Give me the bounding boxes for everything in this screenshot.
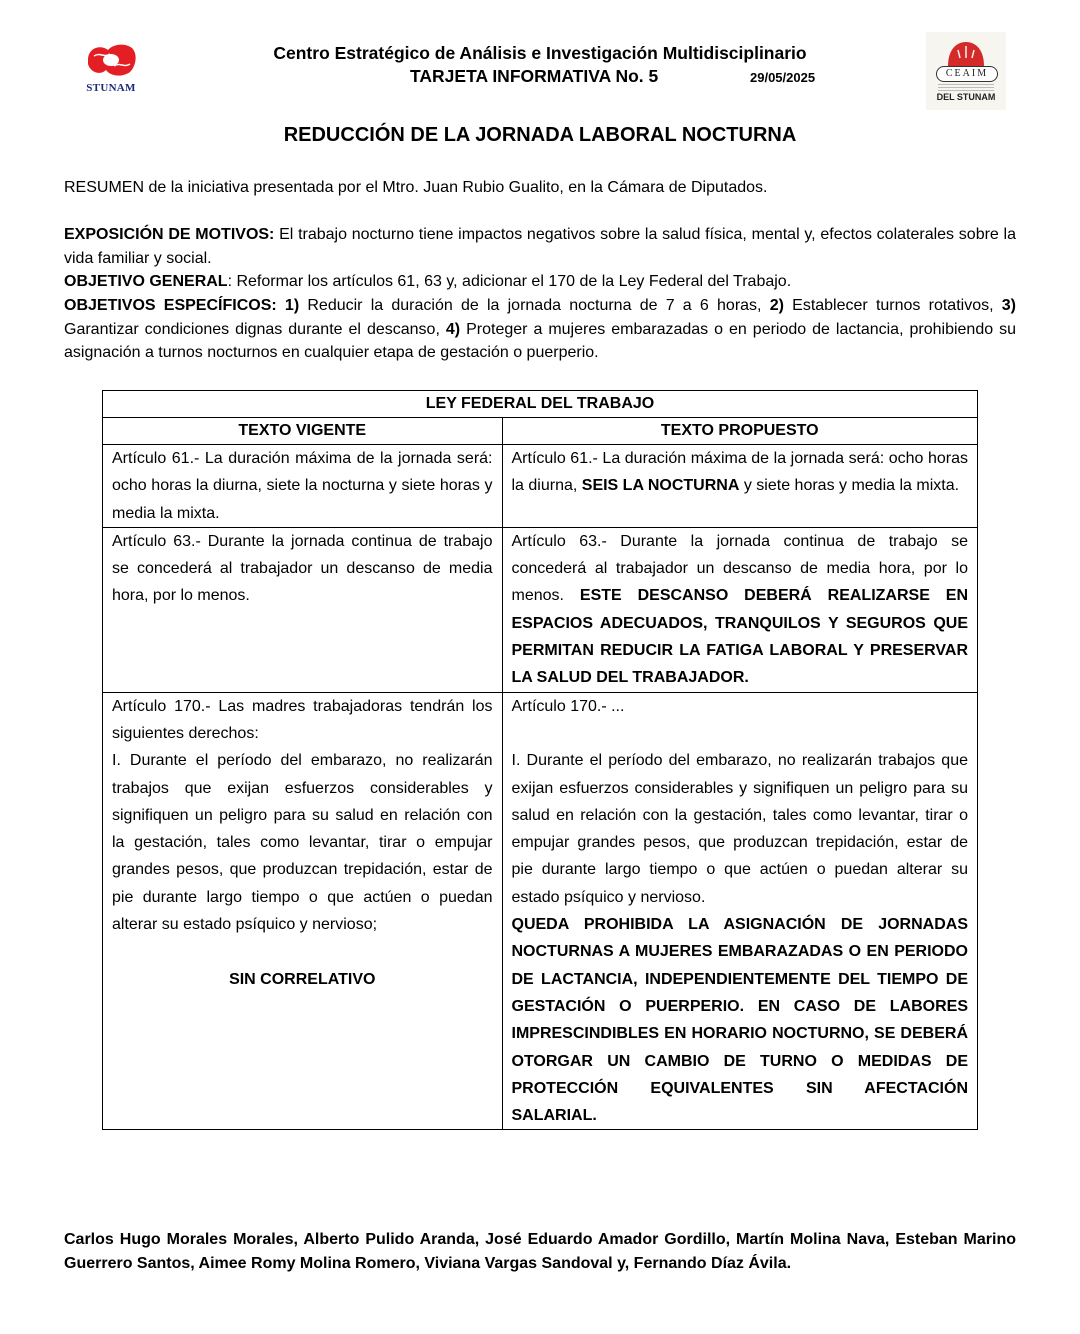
table-row: Artículo 63.- Durante la jornada continu… <box>103 527 978 692</box>
propuesto-intro: Artículo 170.- ... <box>512 698 625 715</box>
vigente-text: I. Durante el período del embarazo, no r… <box>112 752 493 933</box>
summary-paragraph: RESUMEN de la iniciativa presentada por … <box>64 176 1016 200</box>
objective-number: 1) <box>285 297 299 314</box>
vigente-intro: Artículo 170.- Las madres trabajadoras t… <box>112 698 493 742</box>
table-title-row: LEY FEDERAL DEL TRABAJO <box>103 391 978 418</box>
motivos-label: EXPOSICIÓN DE MOTIVOS: <box>64 226 274 243</box>
cell-vigente: Artículo 63.- Durante la jornada continu… <box>103 527 503 692</box>
column-header-propuesto: TEXTO PROPUESTO <box>502 418 978 445</box>
propuesto-reform-bold: SEIS LA NOCTURNA <box>582 477 740 494</box>
table-title: LEY FEDERAL DEL TRABAJO <box>103 391 978 418</box>
organization-name: Centro Estratégico de Análisis e Investi… <box>240 42 840 64</box>
objective-text: Establecer turnos rotativos, <box>784 297 1002 314</box>
objetivo-general-label: OBJETIVO GENERAL <box>64 273 228 290</box>
spacer <box>112 938 493 965</box>
cell-propuesto: Artículo 61.- La duración máxima de la j… <box>502 445 978 528</box>
objetivo-general-text: : Reformar los artículos 61, 63 y, adici… <box>228 273 792 290</box>
table-row: Artículo 61.- La duración máxima de la j… <box>103 445 978 528</box>
objective-number: 2) <box>770 297 784 314</box>
raised-fists-icon <box>946 40 986 66</box>
objective-text: Reducir la duración de la jornada noctur… <box>299 297 770 314</box>
cell-propuesto: Artículo 170.- ... I. Durante el período… <box>502 692 978 1130</box>
spacer <box>512 720 969 747</box>
objetivos-especificos-label: OBJETIVOS ESPECÍFICOS: <box>64 297 277 314</box>
card-label: TARJETA INFORMATIVA No. 5 <box>410 66 658 87</box>
ceaim-logo-subtext: DEL STUNAM <box>926 92 1006 102</box>
stunam-logo-text: STUNAM <box>78 82 144 94</box>
cell-vigente: Artículo 170.- Las madres trabajadoras t… <box>103 692 503 1130</box>
ceaim-logo-fine-print <box>938 83 994 91</box>
stunam-emblem-icon <box>84 42 138 78</box>
column-header-vigente: TEXTO VIGENTE <box>103 418 503 445</box>
cell-propuesto: Artículo 63.- Durante la jornada continu… <box>502 527 978 692</box>
page-title: REDUCCIÓN DE LA JORNADA LABORAL NOCTURNA <box>0 124 1080 147</box>
document-date: 29/05/2025 <box>750 70 815 85</box>
objective-text: Garantizar condiciones dignas durante el… <box>64 321 446 338</box>
objective-number: 4) <box>446 321 460 338</box>
cell-vigente: Artículo 61.- La duración máxima de la j… <box>103 445 503 528</box>
propuesto-text: I. Durante el período del embarazo, no r… <box>512 752 969 905</box>
propuesto-text: y siete horas y media la mixta. <box>739 477 959 494</box>
law-comparison-table: LEY FEDERAL DEL TRABAJO TEXTO VIGENTE TE… <box>102 390 978 1130</box>
stunam-logo: STUNAM <box>78 40 144 98</box>
ceaim-logo-text: CEAIM <box>936 66 998 82</box>
ceaim-logo: CEAIM DEL STUNAM <box>926 32 1006 110</box>
sin-correlativo-note: SIN CORRELATIVO <box>112 966 493 993</box>
propuesto-reform-bold: ESTE DESCANSO DEBERÁ REALIZARSE EN ESPAC… <box>512 587 969 686</box>
authors-list: Carlos Hugo Morales Morales, Alberto Pul… <box>64 1228 1016 1276</box>
motivos-paragraph: EXPOSICIÓN DE MOTIVOS: El trabajo noctur… <box>64 223 1016 270</box>
table-row: Artículo 170.- Las madres trabajadoras t… <box>103 692 978 1130</box>
objective-number: 3) <box>1002 297 1016 314</box>
objetivo-general-paragraph: OBJETIVO GENERAL: Reformar los artículos… <box>64 270 1016 294</box>
objetivos-especificos-paragraph: OBJETIVOS ESPECÍFICOS: 1) Reducir la dur… <box>64 294 1016 365</box>
propuesto-reform-bold: QUEDA PROHIBIDA LA ASIGNACIÓN DE JORNADA… <box>512 916 969 1124</box>
table-header-row: TEXTO VIGENTE TEXTO PROPUESTO <box>103 418 978 445</box>
